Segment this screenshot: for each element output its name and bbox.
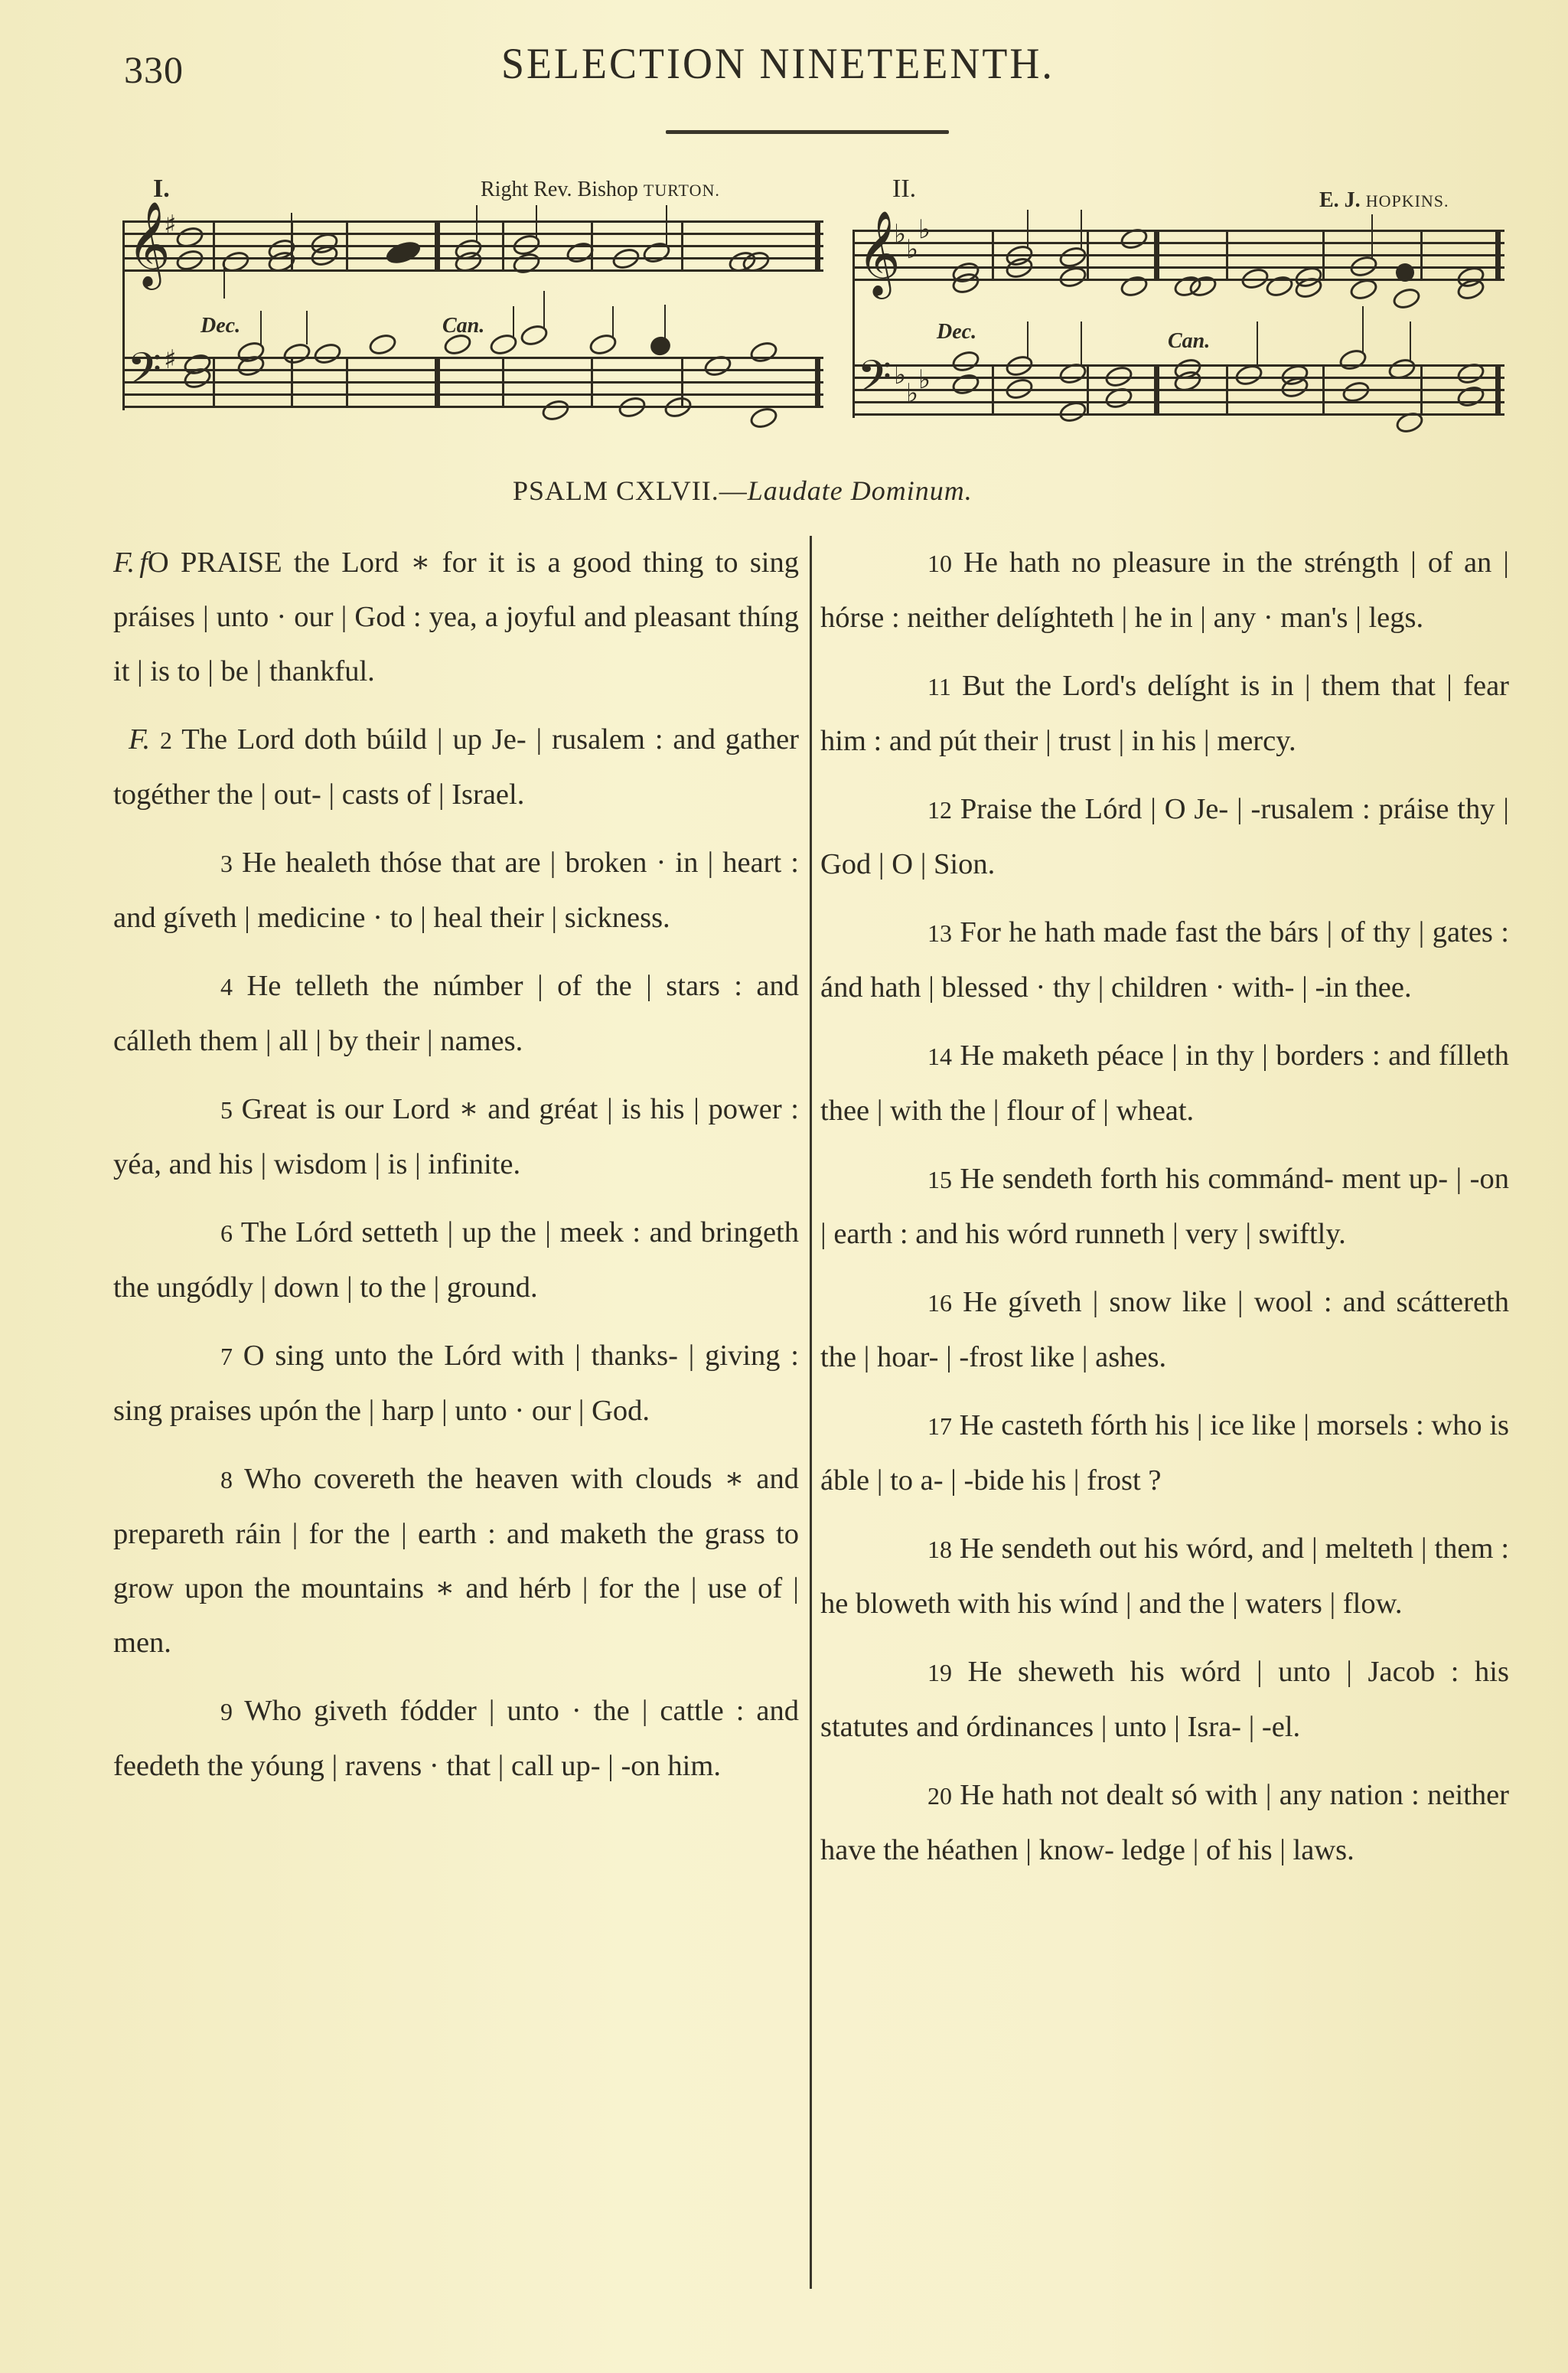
verse-2: F. 2 The Lord doth búild | up Je- | rusa… bbox=[113, 713, 799, 822]
verse-5: 5 Great is our Lord ∗ and gréat | is his… bbox=[113, 1082, 799, 1192]
flat-icon: ♭ bbox=[918, 214, 931, 245]
verse-6: 6 The Lórd setteth | up the | meek : and… bbox=[113, 1206, 799, 1315]
bass-clef-icon: 𝄢 bbox=[857, 351, 892, 414]
title-divider bbox=[666, 130, 949, 134]
verses-left-column: F.fO PRAISE the Lord ∗ for it is a good … bbox=[113, 536, 799, 1807]
flat-icon: ♭ bbox=[918, 364, 931, 395]
bass-clef-icon: 𝄢 bbox=[127, 343, 161, 406]
chant-2-numeral: II. bbox=[892, 175, 916, 204]
verse-15: 15 He sendeth forth his commánd- ment up… bbox=[820, 1152, 1509, 1262]
chant-2-cantoris-label: Can. bbox=[1168, 329, 1210, 354]
verse-20: 20 He hath not dealt só with | any natio… bbox=[820, 1768, 1509, 1878]
verse-7: 7 O sing unto the Lórd with | thanks- | … bbox=[113, 1329, 799, 1438]
chant-1-composer: Right Rev. Bishop Turton. bbox=[481, 178, 720, 202]
page-number: 330 bbox=[124, 47, 184, 92]
chant-2-composer: E. J. Hopkins. bbox=[1319, 188, 1449, 213]
verse-19: 19 He sheweth his wórd | unto | Jacob : … bbox=[820, 1645, 1509, 1754]
page-title: SELECTION NINETEENTH. bbox=[501, 38, 1055, 88]
chant-1-cantoris-label: Can. bbox=[442, 314, 484, 338]
chant-2-score: 𝄞 ♭ ♭ ♭ 𝄢 ♭ ♭ ♭ Dec. Can. bbox=[852, 230, 1504, 436]
psalm-subtitle: Laudate Dominum. bbox=[748, 475, 973, 506]
verse-10: 10 He hath no pleasure in the stréngth |… bbox=[820, 536, 1509, 645]
chant-2-decani-label: Dec. bbox=[937, 320, 976, 344]
verse-16: 16 He gíveth | snow like | wool : and sc… bbox=[820, 1275, 1509, 1385]
verse-14: 14 He maketh péace | in thy | borders : … bbox=[820, 1029, 1509, 1138]
chant-1-composer-surname: Turton. bbox=[644, 181, 720, 200]
flat-icon: ♭ bbox=[894, 360, 906, 390]
verse-9: 9 Who giveth fódder | unto · the | cattl… bbox=[113, 1684, 799, 1794]
verse-12: 12 Praise the Lórd | O Je- | -rusalem : … bbox=[820, 782, 1509, 892]
sharp-icon: ♯ bbox=[164, 344, 176, 375]
sharp-icon: ♯ bbox=[164, 210, 176, 240]
verse-4: 4 He telleth the númber | of the | stars… bbox=[113, 959, 799, 1069]
chant-1-numeral: I. bbox=[153, 175, 170, 204]
chant-2-composer-name: E. J. bbox=[1319, 188, 1366, 212]
verses-right-column: 10 He hath no pleasure in the stréngth |… bbox=[820, 536, 1509, 1892]
verse-11: 11 But the Lord's delíght is in | them t… bbox=[820, 659, 1509, 769]
flat-icon: ♭ bbox=[906, 234, 918, 265]
verse-3: 3 He healeth thóse that are | broken · i… bbox=[113, 836, 799, 945]
flat-icon: ♭ bbox=[894, 219, 906, 250]
chant-1-score: 𝄞 ♯ 𝄢 ♯ Dec. Can. bbox=[122, 220, 823, 427]
psalm-title: PSALM CXLVII.— bbox=[513, 475, 748, 506]
verse-13: 13 For he hath made fast the bárs | of t… bbox=[820, 906, 1509, 1015]
column-divider bbox=[810, 536, 812, 2289]
chant-2-composer-surname: Hopkins. bbox=[1366, 191, 1449, 211]
psalm-heading: PSALM CXLVII.—Laudate Dominum. bbox=[513, 475, 973, 507]
verse-8: 8 Who covereth the heaven with clouds ∗ … bbox=[113, 1452, 799, 1670]
verse-18: 18 He sendeth out his wórd, and | meltet… bbox=[820, 1522, 1509, 1631]
verse-17: 17 He casteth fórth his | ice like | mor… bbox=[820, 1399, 1509, 1508]
verse-1: F.fO PRAISE the Lord ∗ for it is a good … bbox=[113, 536, 799, 699]
flat-icon: ♭ bbox=[906, 378, 918, 409]
chant-1-decani-label: Dec. bbox=[200, 314, 240, 338]
chant-1-composer-name: Right Rev. Bishop bbox=[481, 178, 644, 201]
